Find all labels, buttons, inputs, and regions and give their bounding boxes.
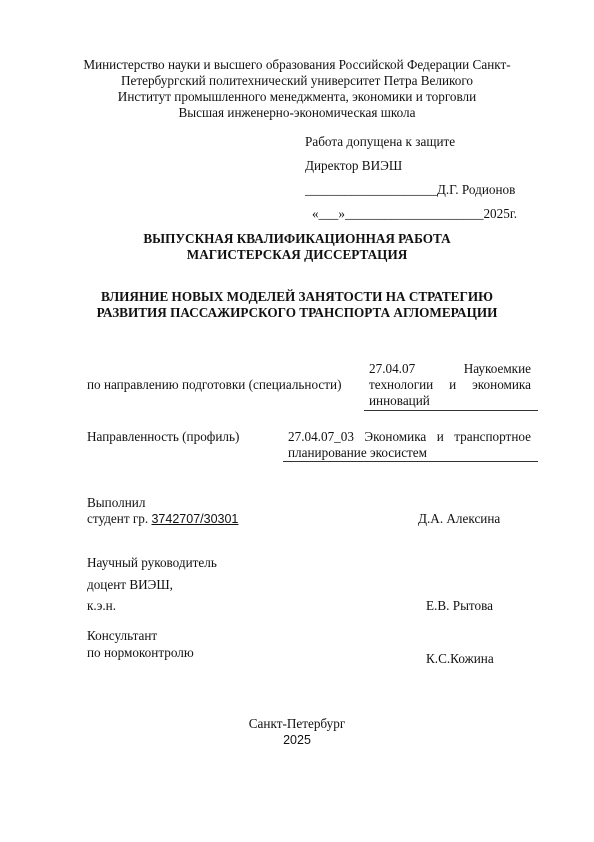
approval-date-line: «___»_____________________2025г. — [312, 206, 517, 222]
director-name: Д.Г. Родионов — [437, 182, 515, 197]
consultant-name: К.С.Кожина — [426, 651, 494, 667]
signature-line: ____________________ — [305, 182, 437, 197]
footer-year: 2025 — [0, 732, 594, 748]
student-name: Д.А. Алексина — [418, 511, 500, 527]
specialty-line1: 27.04.07 Наукоемкие — [369, 361, 531, 377]
student-group-row: студент гр. 3742707/30301 — [87, 511, 238, 527]
ministry-line: Министерство науки и высшего образования… — [0, 57, 594, 73]
work-type-line2: МАГИСТЕРСКАЯ ДИССЕРТАЦИЯ — [0, 247, 594, 263]
consultant-label: Консультант — [87, 628, 157, 644]
thesis-title-line1: ВЛИЯНИЕ НОВЫХ МОДЕЛЕЙ ЗАНЯТОСТИ НА СТРАТ… — [0, 289, 594, 305]
profile-line1: 27.04.07_03 Экономика и транспортное — [288, 429, 531, 445]
student-label: Выполнил — [87, 495, 145, 511]
institute-line: Институт промышленного менеджмента, экон… — [0, 89, 594, 105]
director-title: Директор ВИЭШ — [305, 158, 402, 174]
profile-label: Направленность (профиль) — [87, 429, 239, 445]
supervisor-degree: к.э.н. — [87, 598, 116, 614]
footer-city: Санкт-Петербург — [0, 716, 594, 732]
university-line: Петербургский политехнический университе… — [0, 73, 594, 89]
thesis-title-line2: РАЗВИТИЯ ПАССАЖИРСКОГО ТРАНСПОРТА АГЛОМЕ… — [0, 305, 594, 321]
profile-line2: планирование экосистем — [288, 445, 427, 461]
specialty-underline — [364, 410, 538, 411]
supervisor-position: доцент ВИЭШ, — [87, 577, 173, 593]
school-line: Высшая инженерно-экономическая школа — [0, 105, 594, 121]
student-group-number: 3742707/30301 — [151, 512, 238, 526]
profile-underline — [283, 461, 538, 462]
specialty-line2: технологии и экономика — [369, 377, 531, 393]
consultant-role: по нормоконтролю — [87, 645, 194, 661]
specialty-line3: инноваций — [369, 393, 430, 409]
approval-label: Работа допущена к защите — [305, 134, 455, 150]
supervisor-name: Е.В. Рытова — [426, 598, 493, 614]
specialty-label: по направлению подготовки (специальности… — [87, 377, 341, 393]
supervisor-label: Научный руководитель — [87, 555, 217, 571]
work-type-line1: ВЫПУСКНАЯ КВАЛИФИКАЦИОННАЯ РАБОТА — [0, 231, 594, 247]
director-signature-row: ____________________Д.Г. Родионов — [305, 182, 515, 198]
student-group-prefix: студент гр. — [87, 511, 151, 526]
